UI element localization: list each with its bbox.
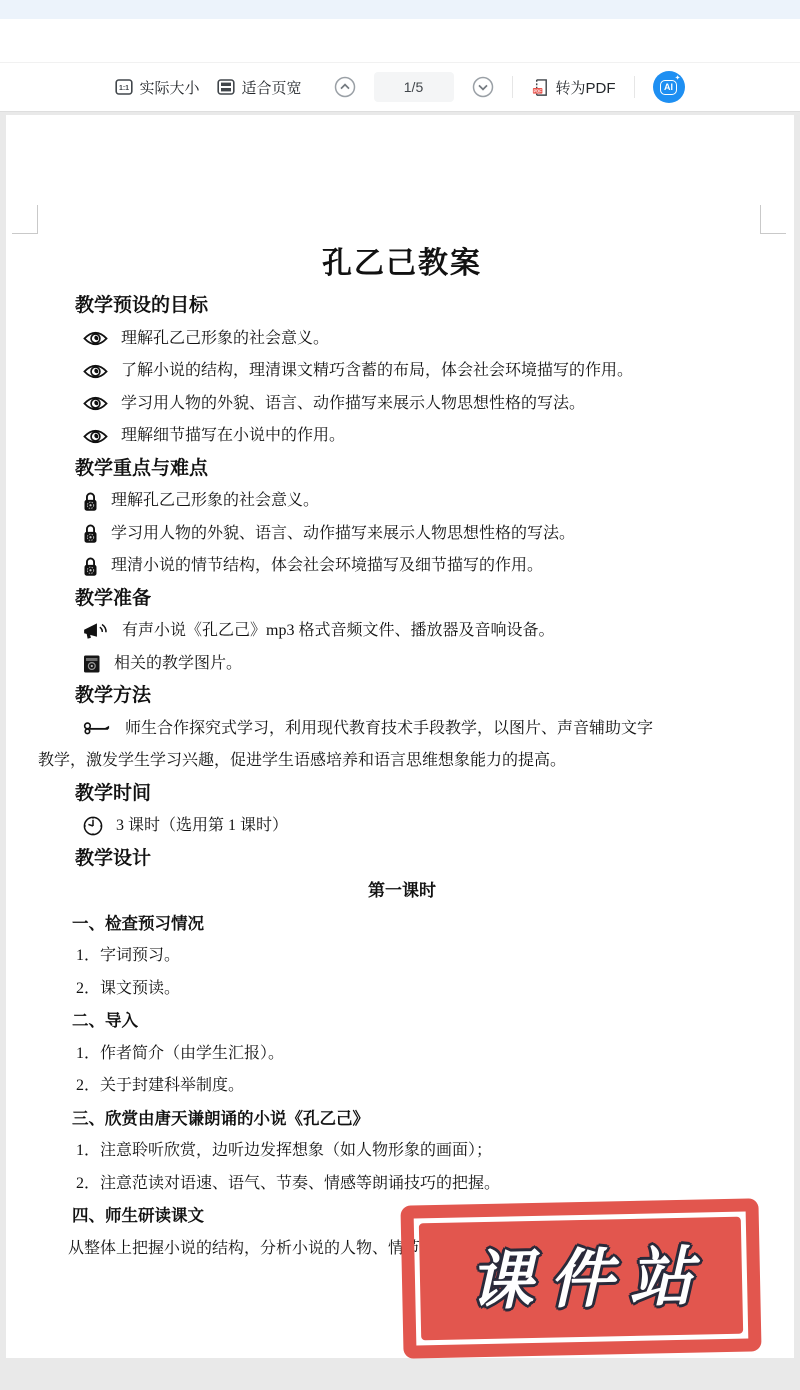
bullet-text: 学习用人物的外貌、语言、动作描写来展示人物思想性格的写法。 xyxy=(121,388,585,421)
margin-corner-mark-right xyxy=(760,205,786,234)
bullet-text: 有声小说《孔乙己》mp3 格式音频文件、播放器及音响设备。 xyxy=(122,615,554,648)
key-icon xyxy=(83,722,112,736)
convert-pdf-label: 转为PDF xyxy=(556,77,616,98)
section-heading: 教学设计 xyxy=(75,843,766,876)
lesson-period-heading: 第一课时 xyxy=(38,875,766,908)
bullet-row: 理清小说的情节结构，体会社会环境描写及细节描写的作用。 xyxy=(83,550,766,583)
clock-icon xyxy=(83,816,103,836)
sparkle-icon: ✦ xyxy=(675,75,681,82)
numbered-item: 1．注意聆听欣赏，边听边发挥想象（如人物形象的画面）； xyxy=(76,1135,766,1168)
bullet-text: 相关的教学图片。 xyxy=(114,648,242,681)
section-heading: 教学时间 xyxy=(75,778,766,811)
sub-heading: 二、导入 xyxy=(72,1005,766,1038)
picture-icon xyxy=(83,654,101,674)
eye-icon xyxy=(83,428,108,445)
sub-heading: 三、欣赏由唐天谦朗诵的小说《孔乙己》 xyxy=(72,1103,766,1136)
bullet-row: 学习用人物的外貌、语言、动作描写来展示人物思想性格的写法。 xyxy=(83,518,766,551)
lock-icon xyxy=(83,523,98,544)
bullet-text: 学习用人物的外貌、语言、动作描写来展示人物思想性格的写法。 xyxy=(111,518,575,551)
lock-icon xyxy=(83,556,98,577)
page-down-button[interactable] xyxy=(472,76,494,98)
bullet-text: 了解小说的结构，理清课文精巧含蓄的布局，体会社会环境描写的作用。 xyxy=(121,355,633,388)
bullet-text: 理清小说的情节结构，体会社会环境描写及细节描写的作用。 xyxy=(111,550,543,583)
watermark-stamp-inner: 课件站 xyxy=(419,1217,743,1341)
paragraph-continuation: 教学，激发学生学习兴趣，促进学生语感培养和语言思维想象能力的提高。 xyxy=(38,745,766,778)
numbered-item: 1．作者简介（由学生汇报）。 xyxy=(76,1038,766,1071)
bullet-row: 了解小说的结构，理清课文精巧含蓄的布局，体会社会环境描写的作用。 xyxy=(83,355,766,388)
actual-size-button[interactable]: 实际大小 xyxy=(115,77,199,98)
eye-icon xyxy=(83,330,108,347)
eye-icon xyxy=(83,395,108,412)
bullet-row: 3 课时（选用第 1 课时） xyxy=(83,810,766,843)
section-heading: 教学重点与难点 xyxy=(75,453,766,486)
margin-corner-mark-left xyxy=(12,205,38,234)
section-heading: 教学预设的目标 xyxy=(75,290,766,323)
numbered-item: 2．课文预读。 xyxy=(76,973,766,1006)
section-heading: 教学准备 xyxy=(75,583,766,616)
fit-width-icon xyxy=(217,78,235,96)
bullet-row: 相关的教学图片。 xyxy=(83,648,766,681)
sub-heading: 一、检查预习情况 xyxy=(72,908,766,941)
watermark-stamp: 课件站 xyxy=(400,1198,761,1358)
browser-top-strip xyxy=(0,0,800,19)
bullet-row: 有声小说《孔乙己》mp3 格式音频文件、播放器及音响设备。 xyxy=(83,615,766,648)
bullet-text: 理解细节描写在小说中的作用。 xyxy=(121,420,345,453)
eye-icon xyxy=(83,363,108,380)
bullet-text: 师生合作探究式学习，利用现代教育技术手段教学，以图片、声音辅助文字 xyxy=(125,713,653,746)
header-spacer xyxy=(0,19,800,62)
document-title: 孔乙己教案 xyxy=(38,244,766,290)
convert-pdf-button[interactable]: 转为PDF xyxy=(531,77,616,98)
toolbar-divider xyxy=(634,76,635,98)
page-indicator-input[interactable]: 1/5 xyxy=(374,72,454,102)
numbered-item: 1．字词预习。 xyxy=(76,940,766,973)
bullet-row: 师生合作探究式学习，利用现代教育技术手段教学，以图片、声音辅助文字 xyxy=(83,713,766,746)
bullet-row: 学习用人物的外貌、语言、动作描写来展示人物思想性格的写法。 xyxy=(83,388,766,421)
fit-width-button[interactable]: 适合页宽 xyxy=(217,77,301,98)
bullet-text: 理解孔乙己形象的社会意义。 xyxy=(111,485,319,518)
section-heading: 教学方法 xyxy=(75,680,766,713)
bullet-text: 3 课时（选用第 1 课时） xyxy=(116,810,288,843)
page-up-button[interactable] xyxy=(334,76,356,98)
numbered-item: 2．注意范读对语速、语气、节奏、情感等朗诵技巧的把握。 xyxy=(76,1168,766,1201)
toolbar-divider xyxy=(512,76,513,98)
bullet-text: 理解孔乙己形象的社会意义。 xyxy=(121,323,329,356)
actual-size-label: 实际大小 xyxy=(139,77,199,98)
watermark-text: 课件站 xyxy=(452,1244,709,1313)
bullet-row: 理解细节描写在小说中的作用。 xyxy=(83,420,766,453)
bullet-row: 理解孔乙己形象的社会意义。 xyxy=(83,485,766,518)
pdf-icon xyxy=(531,78,550,97)
bullet-row: 理解孔乙己形象的社会意义。 xyxy=(83,323,766,356)
fit-width-label: 适合页宽 xyxy=(241,77,301,98)
actual-size-icon xyxy=(115,78,133,96)
lock-icon xyxy=(83,491,98,512)
document-page: 孔乙己教案 教学预设的目标 理解孔乙己形象的社会意义。 了解小说的结构，理清课文… xyxy=(6,115,794,1358)
numbered-item: 2．关于封建科举制度。 xyxy=(76,1070,766,1103)
viewer-toolbar: 实际大小 适合页宽 1/5 转为PDF AI ✦ xyxy=(0,62,800,112)
ai-assistant-button[interactable]: AI ✦ xyxy=(653,71,685,103)
megaphone-icon xyxy=(83,622,109,641)
